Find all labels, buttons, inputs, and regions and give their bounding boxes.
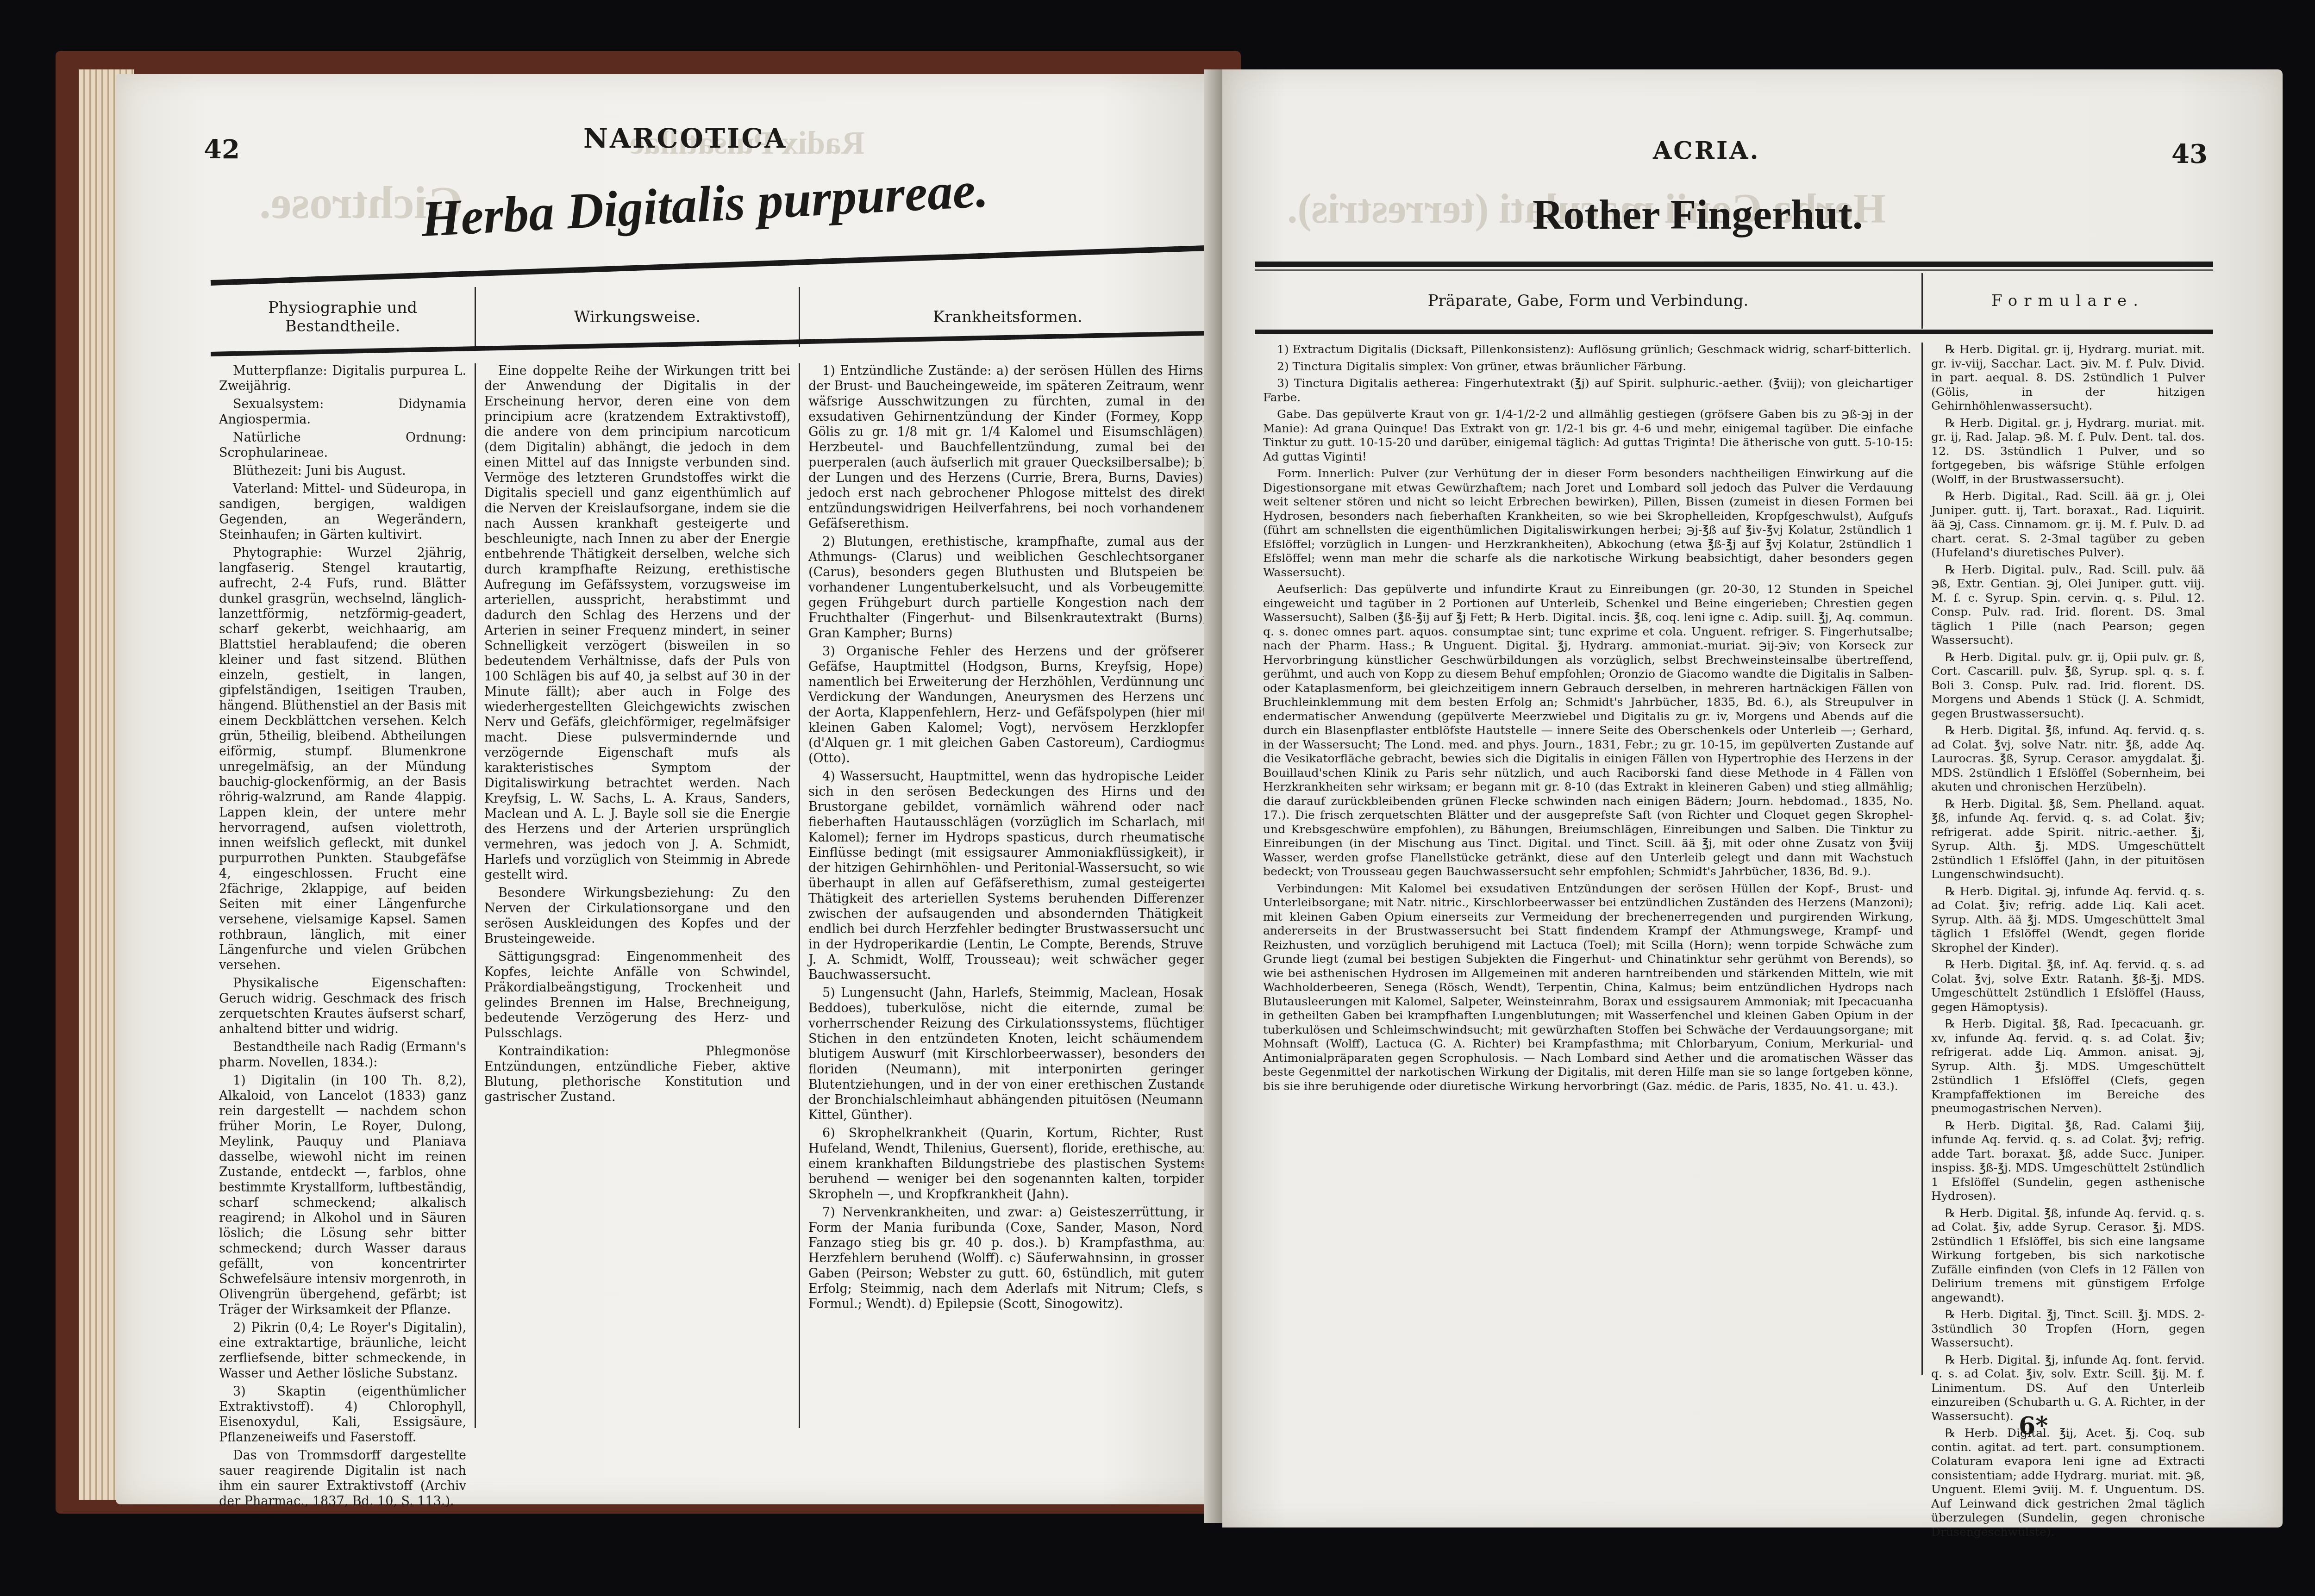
column-header: Wirkungsweise.	[475, 287, 799, 347]
paragraph: ℞ Herb. Digital. ℥ß, infunde Aq. fervid.…	[1931, 1206, 2205, 1305]
paragraph: Besondere Wirkungsbeziehung: Zu den Nerv…	[484, 885, 790, 947]
column-header: Physiographie und Bestandtheile.	[211, 287, 475, 347]
paragraph: Vaterland: Mittel- und Südeuropa, in san…	[219, 481, 466, 542]
paragraph: ℞ Herb. Digital. ℈j, infunde Aq. fervid.…	[1931, 885, 2205, 955]
paragraph: 7) Nervenkrankheiten, und zwar: a) Geist…	[808, 1205, 1207, 1312]
column-physiographie: Mutterpflanze: Digitalis purpurea L. Zwe…	[211, 363, 475, 1428]
paragraph: Form. Innerlich: Pulver (zur Verhütung d…	[1263, 467, 1913, 580]
paragraph: 2) Tinctura Digitalis simplex: Von grüne…	[1263, 360, 1913, 374]
paragraph: ℞ Herb. Digital. ℥ß, inf. Aq. fervid. q.…	[1931, 958, 2205, 1014]
column-praeparate: 1) Extractum Digitalis (Dicksaft, Pillen…	[1255, 343, 1921, 1375]
column-headers-right: Präparate, Gabe, Form und Verbindung. Fo…	[1255, 273, 2213, 329]
paragraph: Blüthezeit: Juni bis August.	[219, 463, 466, 479]
paragraph: ℞ Herb. Digital. ℥j, Tinct. Scill. ℥j. M…	[1931, 1308, 2205, 1350]
paragraph: 2) Blutungen, erethistische, krampfhafte…	[808, 534, 1207, 641]
page-number-left: 42	[204, 134, 240, 165]
column-wirkungsweise: Eine doppelte Reihe der Wirkungen tritt …	[475, 363, 799, 1428]
paragraph: Kontraindikation: Phlegmonöse Entzündung…	[484, 1044, 790, 1105]
page-number-right: 43	[2171, 139, 2208, 169]
paragraph: Bestandtheile nach Radig (Ermann's pharm…	[219, 1040, 466, 1070]
paragraph: ℞ Herb. Digital. gr. j, Hydrarg. muriat.…	[1931, 416, 2205, 487]
column-header: Formulare.	[1921, 273, 2213, 329]
paragraph: Verbindungen: Mit Kalomel bei exsudative…	[1263, 882, 1913, 1094]
column-krankheitsformen: 1) Entzündliche Zustände: a) der serösen…	[799, 363, 1215, 1428]
column-formulare: ℞ Herb. Digital. gr. ij, Hydrarg. muriat…	[1921, 343, 2213, 1375]
paragraph: 3) Skaptin (eigenthümlicher Extraktivsto…	[219, 1384, 466, 1445]
paragraph: 3) Organische Fehler des Herzens und der…	[808, 644, 1207, 766]
paragraph: Aeufserlich: Das gepülverte und infundir…	[1263, 582, 1913, 879]
paragraph: ℞ Herb. Digital. ℥ß, Rad. Calami ℥iij, i…	[1931, 1119, 2205, 1203]
paragraph: Mutterpflanze: Digitalis purpurea L. Zwe…	[219, 363, 466, 394]
paragraph: 1) Extractum Digitalis (Dicksaft, Pillen…	[1263, 343, 1913, 357]
paragraph: 1) Digitalin (in 100 Th. 8,2), Alkaloid,…	[219, 1073, 466, 1317]
paragraph: 5) Lungensucht (Jahn, Harlefs, Steimmig,…	[808, 985, 1207, 1123]
columns-right: 1) Extractum Digitalis (Dicksaft, Pillen…	[1255, 343, 2213, 1375]
paragraph: 3) Tinctura Digitalis aetherea: Fingerhu…	[1263, 376, 1913, 405]
header-rule	[1255, 330, 2213, 334]
paragraph: Eine doppelte Reihe der Wirkungen tritt …	[484, 363, 790, 883]
paragraph: Natürliche Ordnung: Scrophularineae.	[219, 430, 466, 461]
running-head-left: NARCOTICA	[583, 123, 787, 154]
paragraph: Sättigungsgrad: Eingenommenheit des Kopf…	[484, 949, 790, 1041]
header-rule-thin	[1255, 269, 2213, 271]
paragraph: Phytographie: Wurzel 2jährig, langfaseri…	[219, 545, 466, 973]
paragraph: Das von Trommsdorff dargestellte sauer r…	[219, 1448, 466, 1509]
paragraph: 2) Pikrin (0,4; Le Royer's Digitalin), e…	[219, 1320, 466, 1381]
page-title-right: Rother Fingerhut.	[1533, 190, 1863, 239]
paragraph: ℞ Herb. Digital. pulv. gr. ij, Opii pulv…	[1931, 650, 2205, 721]
paragraph: ℞ Herb. Digital. pulv., Rad. Scill. pulv…	[1931, 563, 2205, 648]
paragraph: ℞ Herb. Digital. ℥ij, Acet. ℥j. Coq. sub…	[1931, 1426, 2205, 1539]
paragraph: ℞ Herb. Digital. ℥j, infunde Aq. font. f…	[1931, 1353, 2205, 1424]
paragraph: 4) Wassersucht, Hauptmittel, wenn das hy…	[808, 769, 1207, 983]
paragraph: 6) Skrophelkrankheit (Quarin, Kortum, Ri…	[808, 1126, 1207, 1202]
columns-left: Mutterpflanze: Digitalis purpurea L. Zwe…	[211, 363, 1215, 1428]
paragraph: ℞ Herb. Digital. ℥ß, Sem. Phelland. aqua…	[1931, 797, 2205, 882]
column-header: Präparate, Gabe, Form und Verbindung.	[1255, 273, 1921, 329]
paragraph: 1) Entzündliche Zustände: a) der serösen…	[808, 363, 1207, 531]
paragraph: Physikalische Eigenschaften: Geruch widr…	[219, 976, 466, 1037]
paragraph: Gabe. Das gepülverte Kraut von gr. 1/4-1…	[1263, 407, 1913, 464]
paragraph: ℞ Herb. Digital. gr. ij, Hydrarg. muriat…	[1931, 343, 2205, 413]
header-rule	[1255, 262, 2213, 267]
paragraph: ℞ Herb. Digital. ℥ß, infund. Aq. fervid.…	[1931, 723, 2205, 794]
running-head-right: ACRIA.	[1653, 137, 1760, 165]
paragraph: ℞ Herb. Digital. ℥ß, Rad. Ipecacuanh. gr…	[1931, 1017, 2205, 1116]
signature-mark: 6*	[2019, 1412, 2048, 1440]
paragraph: Sexualsystem: Didynamia Angiospermia.	[219, 397, 466, 427]
paragraph: ℞ Herb. Digital., Rad. Scill. ää gr. j, …	[1931, 489, 2205, 560]
